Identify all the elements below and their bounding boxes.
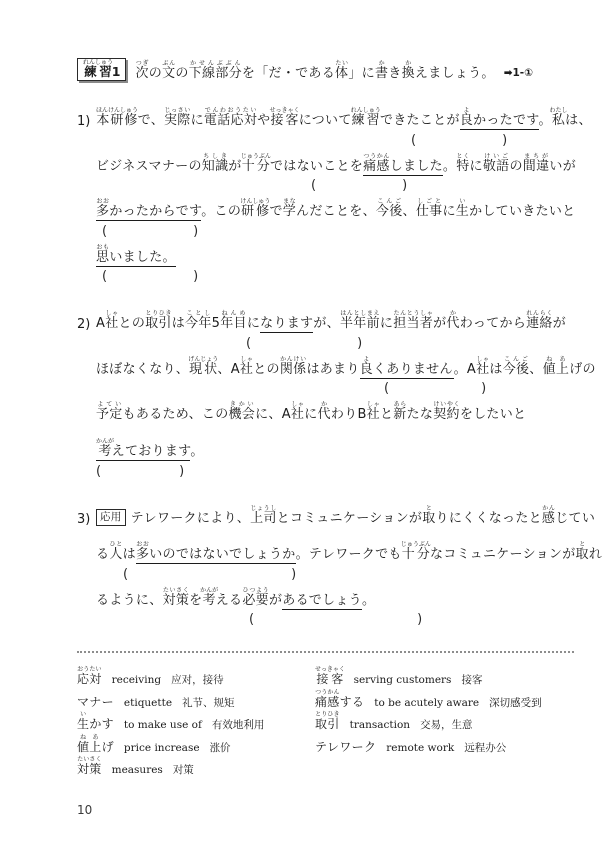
- page-content: 練習れんしゅう1 次つぎの文ぶんの下線部分かせんぶぶんを「だ・である体たい」に書…: [77, 58, 582, 775]
- vocab-gloss-english: to be acutely aware: [374, 697, 479, 709]
- exercise-text-line: ほぼなくなり、現状げんじょう、A社しゃとの関係かんけいはあまり良よくありません。…: [96, 354, 582, 378]
- underlined-phrase: 良よくありません: [360, 362, 454, 379]
- exercise-number: 3): [77, 503, 96, 631]
- instruction-text: 次つぎの文ぶんの下線部分かせんぶぶんを「だ・である体たい」に書かき換かえましょう…: [135, 60, 494, 81]
- vocab-word-japanese: 取引とりひき: [315, 717, 340, 731]
- exercise-body: A社しゃとの取引とりひきは今年ことし5年目ねんめになりますが、半年前はんとしまえ…: [96, 308, 582, 481]
- vocab-gloss-chinese: 涨价: [210, 742, 231, 754]
- exercise-text-line: 考かんがえております。: [96, 436, 582, 460]
- exercise-text-line: 本研修ほんけんしゅうで、実際じっさいに電話応対でんわおうたいや接客せっきゃくにつ…: [96, 105, 582, 129]
- underlined-phrase: 思おもいました。: [96, 250, 176, 267]
- vocab-gloss-english: receiving: [112, 674, 161, 686]
- vocab-entry: マナーetiquette礼节、规矩: [77, 685, 315, 705]
- vocab-word-japanese: 対策たいさく: [77, 762, 102, 776]
- vocab-gloss-chinese: 有效地利用: [212, 719, 265, 731]
- exercise-text-line: 予定よていもあるため、この機会きかいに、A社しゃに代かわりB社しゃと新あらたな契…: [96, 399, 582, 423]
- vocab-entry: 取引とりひきtransaction交易，生意: [315, 707, 542, 727]
- exercise-text-line: 多おおかったからです。この研修けんしゅうで学まなんだことを、今後こんご、仕事しご…: [96, 196, 582, 220]
- textbook-page: 練習れんしゅう1 次つぎの文ぶんの下線部分かせんぶぶんを「だ・である体たい」に書…: [0, 0, 614, 856]
- answer-blank-gap: [107, 279, 193, 280]
- vocab-entry: 痛感つうかんするto be acutely aware深切感受到: [315, 685, 542, 705]
- vocab-word-japanese: マナー: [77, 695, 114, 709]
- exercise: 3)応用テレワークにより、上司じょうしとコミュニケーションが取とりにくくなったと…: [77, 503, 582, 631]
- exercise-number: 2): [77, 308, 96, 481]
- vocab-word-japanese: 応対おうたい: [77, 672, 102, 686]
- vocab-entry: 接客せっきゃくserving customers接客: [315, 662, 542, 682]
- vocab-entry: 値上ねあげprice increase涨价: [77, 730, 315, 750]
- answer-blank-parentheses: (): [249, 612, 582, 627]
- renshu-box-number: 1: [112, 64, 121, 79]
- vocab-entry: 対策たいさくmeasures对策: [77, 752, 315, 772]
- exercise-text-line: A社しゃとの取引とりひきは今年ことし5年目ねんめになりますが、半年前はんとしまえ…: [96, 308, 582, 332]
- applied-question-label: 応用: [96, 509, 126, 526]
- exercise: 1)本研修ほんけんしゅうで、実際じっさいに電話応対でんわおうたいや接客せっきゃく…: [77, 105, 582, 287]
- vocab-word-japanese: テレワーク: [315, 740, 376, 754]
- exercise-text-line: ビジネスマナーの知識ちしきが十分じゅうぶんではないことを痛感つうかんしました。特…: [96, 151, 582, 175]
- exercise-body: 本研修ほんけんしゅうで、実際じっさいに電話応対でんわおうたいや接客せっきゃくにつ…: [96, 105, 582, 287]
- vocab-gloss-chinese: 接客: [461, 674, 482, 686]
- renshu-box: 練習れんしゅう1: [77, 58, 126, 81]
- vocab-gloss-english: etiquette: [124, 697, 172, 709]
- vocab-entry: 応対おうたいreceiving应对，接待: [77, 662, 315, 682]
- answer-blank-gap: [389, 391, 481, 392]
- vocab-gloss-chinese: 应对，接待: [171, 674, 224, 686]
- exercise-text-line: 思おもいました。: [96, 242, 582, 266]
- underlined-phrase: 痛感つうかんしました: [363, 159, 443, 176]
- exercise: 2)A社しゃとの取引とりひきは今年ことし5年目ねんめになりますが、半年前はんとし…: [77, 308, 582, 481]
- vocab-gloss-english: to make use of: [124, 719, 202, 731]
- vocab-gloss-chinese: 礼节、规矩: [182, 697, 235, 709]
- answer-blank-parentheses: (): [102, 269, 582, 284]
- answer-blank-parentheses: (): [384, 381, 582, 396]
- answer-blank-parentheses: (): [123, 567, 582, 582]
- answer-blank-parentheses: (): [102, 224, 582, 239]
- underlined-phrase: なります: [260, 316, 313, 333]
- answer-blank-gap: [254, 622, 417, 623]
- vocab-separator-dotted-line: [77, 651, 574, 653]
- vocab-gloss-english: remote work: [386, 742, 454, 754]
- vocab-entry: テレワークremote work远程办公: [315, 730, 542, 750]
- answer-blank-gap: [101, 474, 179, 475]
- vocab-gloss-chinese: 远程办公: [464, 742, 506, 754]
- vocab-gloss-chinese: 深切感受到: [489, 697, 542, 709]
- answer-blank-gap: [128, 577, 291, 578]
- exercise-number: 1): [77, 105, 96, 287]
- exercise-header: 練習れんしゅう1 次つぎの文ぶんの下線部分かせんぶぶんを「だ・である体たい」に書…: [77, 58, 582, 81]
- exercise-text-line: 応用テレワークにより、上司じょうしとコミュニケーションが取とりにくくなったと感か…: [96, 503, 582, 527]
- exercise-text-line: るように、対策たいさくを考かんがえる必要ひつようがあるでしょう。: [96, 585, 582, 609]
- answer-blank-gap: [251, 346, 357, 347]
- underlined-phrase: 多おおかったからです: [96, 204, 201, 221]
- vocab-gloss-chinese: 对策: [173, 764, 194, 776]
- exercise-text-line: る人ひとは多おおいのではないでしょうか。テレワークでも十分じゅうぶんなコミュニケ…: [96, 539, 582, 563]
- vocab-word-japanese: 値上ねあげ: [77, 740, 114, 754]
- underlined-phrase: 良よかったです: [460, 113, 539, 130]
- answer-blank-parentheses: (): [96, 464, 582, 479]
- vocab-word-japanese: 痛感つうかんする: [315, 695, 364, 709]
- underlined-phrase: 多おおいのではないでしょうか: [136, 547, 296, 564]
- renshu-box-word: 練習れんしゅう: [83, 64, 112, 79]
- vocab-gloss-english: price increase: [124, 742, 200, 754]
- underlined-phrase: 考かんがえております: [96, 444, 190, 461]
- vocab-gloss-english: serving customers: [354, 674, 452, 686]
- vocab-gloss-english: measures: [112, 764, 163, 776]
- answer-blank-parentheses: (): [411, 133, 582, 148]
- answer-blank-gap: [416, 143, 502, 144]
- vocab-column-left: 応対おうたいreceiving应对，接待マナーetiquette礼节、规矩生いか…: [77, 662, 315, 775]
- section-reference-marker: ➡1-①: [504, 67, 533, 81]
- vocab-section: 応対おうたいreceiving应对，接待マナーetiquette礼节、规矩生いか…: [77, 662, 582, 775]
- vocab-word-japanese: 接客せっきゃく: [315, 672, 344, 686]
- vocab-entry: 生いかすto make use of有效地利用: [77, 707, 315, 727]
- page-number: 10: [77, 803, 92, 817]
- answer-blank-parentheses: (): [311, 178, 582, 193]
- vocab-word-japanese: 生いかす: [77, 717, 114, 731]
- vocab-gloss-english: transaction: [350, 719, 410, 731]
- exercise-list: 1)本研修ほんけんしゅうで、実際じっさいに電話応対でんわおうたいや接客せっきゃく…: [77, 105, 582, 630]
- exercise-body: 応用テレワークにより、上司じょうしとコミュニケーションが取とりにくくなったと感か…: [96, 503, 582, 631]
- vocab-gloss-chinese: 交易，生意: [420, 719, 473, 731]
- answer-blank-parentheses: (): [246, 336, 582, 351]
- answer-blank-gap: [316, 188, 402, 189]
- vocab-column-right: 接客せっきゃくserving customers接客痛感つうかんするto be …: [315, 662, 542, 775]
- underlined-phrase: あるでしょう: [282, 593, 362, 610]
- answer-blank-gap: [107, 234, 193, 235]
